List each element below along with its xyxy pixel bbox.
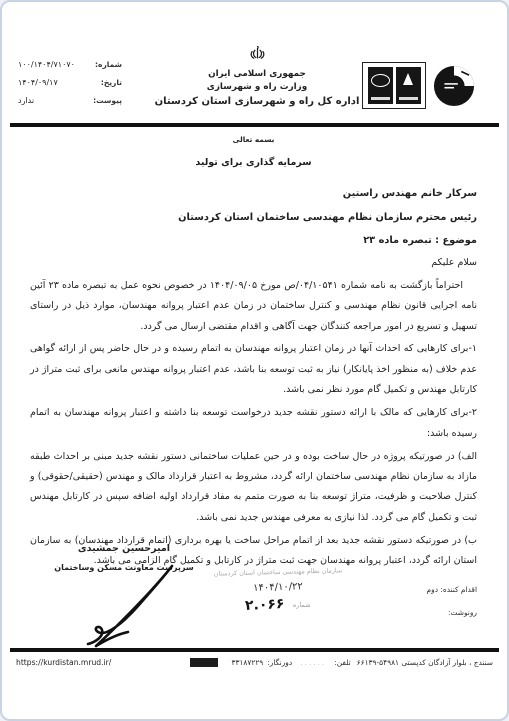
paragraph-item-2: ۲-برای کارهایی که مالک با ارائه دستور نق… (30, 403, 477, 444)
country-name: جمهوری اسلامی ایران (152, 69, 362, 79)
received-stamp: سازمان نظام مهندسی ساختمان استان کردستان… (194, 568, 362, 613)
side-notes: اقدام کننده: دوم رونوشت: (407, 585, 477, 631)
header-divider (10, 123, 499, 127)
meta-attachment-value: ندارد (18, 96, 34, 105)
greeting-line: سلام علیکم (30, 253, 477, 273)
meta-number-value: ۱۰۰/۱۴۰۴/۷۱۰۷۰ (18, 60, 75, 69)
redaction-box (190, 658, 218, 667)
actor-note: اقدام کننده: دوم (407, 585, 477, 594)
footer-url: https://kurdistan.mrud.ir/ (16, 658, 111, 667)
meta-attachment-row: پیوست: ندارد (18, 96, 122, 105)
signer-name: امیرحسین جمشیدی (54, 543, 194, 554)
iso-certificate-icon (368, 67, 393, 104)
letterhead-center: جمهوری اسلامی ایران وزارت راه و شهرسازی … (152, 46, 362, 107)
stamp-date-handwritten: ۱۴۰۴/۱۰/۲۲ (194, 579, 362, 596)
paragraph-intro: احتراماً بازگشت به نامه شماره ۰۴/۱۰۵۴۱/ص… (30, 276, 477, 337)
office-name: اداره کل راه و شهرسازی استان کردستان (152, 96, 362, 107)
meta-date-value: ۱۴۰۴/۰۹/۱۷ (18, 78, 58, 87)
iso-bar-detail (371, 97, 390, 100)
signer-title: سرپرست معاونت مسکن وساختمان (54, 563, 194, 572)
meta-date-row: تاریخ: ۱۴۰۴/۰۹/۱۷ (18, 78, 122, 87)
copy-note: رونوشت: (407, 608, 477, 617)
recipient-name: سرکار خانم مهندس راستین (30, 183, 477, 204)
basmala-text: بسمه تعالی (30, 132, 477, 148)
meta-number-row: شماره: ۱۰۰/۱۴۰۴/۷۱۰۷۰ (18, 60, 122, 69)
letter-meta-block: شماره: ۱۰۰/۱۴۰۴/۷۱۰۷۰ تاریخ: ۱۴۰۴/۰۹/۱۷ … (18, 60, 122, 114)
footer-divider (10, 648, 499, 652)
award-certificate-icon (396, 67, 421, 104)
footer-phone-label: تلفن: (334, 658, 350, 667)
footer-address: سنندج ، بلوار آزادگان کدپستی ۵۴۹۸۱-۶۶۱۳۹ (357, 658, 493, 667)
meta-number-label: شماره: (95, 60, 122, 69)
iso-oval-detail (371, 74, 390, 87)
meta-attachment-label: پیوست: (93, 96, 122, 105)
footer-phone-dots: ...... (300, 658, 326, 667)
stamp-number-handwritten: ۲.۰۶۶ (245, 596, 285, 614)
award-bar-detail (399, 97, 418, 100)
footer-fax-number: ۳۳۱۸۷۲۲۹ (232, 658, 264, 667)
footer-bar: سنندج ، بلوار آزادگان کدپستی ۵۴۹۸۱-۶۶۱۳۹… (16, 658, 493, 667)
recipient-title: رئیس محترم سازمان نظام مهندسی ساختمان اس… (30, 207, 477, 228)
subject-line: موضوع : تبصره ماده ۲۳ (30, 230, 477, 251)
ministry-logo-icon (433, 65, 475, 107)
footer-fax-label: دورنگار: (267, 658, 292, 667)
iran-emblem-icon (248, 46, 267, 63)
paragraph-item-1: ۱-برای کارهایی که احداث آنها در زمان اعت… (30, 339, 477, 400)
stamp-number-label: شماره (293, 601, 311, 609)
certification-logos (362, 62, 475, 109)
ministry-name: وزارت راه و شهرسازی (152, 82, 362, 92)
signature-block: امیرحسین جمشیدی سرپرست معاونت مسکن وساخت… (54, 543, 194, 572)
stamp-number-row: شماره ۲.۰۶۶ (194, 597, 362, 613)
scanned-letter-page: شماره: ۱۰۰/۱۴۰۴/۷۱۰۷۰ تاریخ: ۱۴۰۴/۰۹/۱۷ … (0, 0, 509, 721)
iso-certificates-box (362, 62, 426, 109)
award-tree-detail (403, 73, 413, 85)
paragraph-item-2-alef: الف) در صورتیکه پروژه در حال ساخت بوده و… (30, 447, 477, 529)
year-slogan: سرمایه گذاری برای تولید (30, 153, 477, 173)
meta-date-label: تاریخ: (101, 78, 122, 87)
stamp-organization: سازمان نظام مهندسی ساختمان استان کردستان (194, 566, 362, 578)
letter-body: بسمه تعالی سرمایه گذاری برای تولید سرکار… (30, 132, 477, 574)
